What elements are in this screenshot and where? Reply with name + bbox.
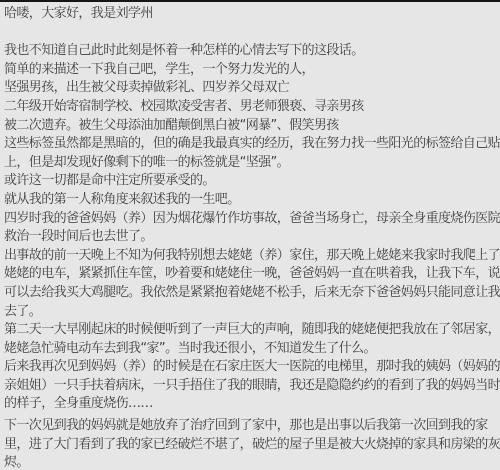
text-line: 坚强男孩，出生被父母卖掉做彩礼、四岁养父母双亡 [4,79,498,98]
text-page: 哈喽，大家好，我是刘学州 我也不知道自己此时此刻是怀着一种怎样的心情去写下的这段… [0,0,500,470]
text-line: 下一次见到我的妈妈就是她放弃了治疗回到了家中，那也是出事以后我第一次回到我的家 [4,417,498,436]
greeting-line: 哈喽，大家好，我是刘学州 [4,5,498,24]
text-line: 这些标签虽然都是黑暗的，但的确是我最真实的经历，我在努力找一些阳光的标签给自己贴 [4,135,498,154]
text-line: 姥姥急忙骑电动车去到我“家”。当时我还很小，不知道发生了什么。 [4,340,498,359]
text-line: 简单的来描述一下我自己吧，学生，一个努力发光的人， [4,61,498,80]
text-line: 亲姐姐）一只手扶着病床，一只手捂住了我的眼睛，我还是隐隐约约的看到了我的妈妈当时 [4,377,498,396]
text-line: 烬。 [4,454,498,470]
text-line: 去了。 [4,303,498,322]
text-line: 四岁时我的爸爸妈妈（养）因为烟花爆竹作坊事故，爸爸当场身亡，母亲全身重度烧伤医院 [4,210,498,229]
text-line: 被二次遗弃。被生父母添油加醋颠倒黑白被“网暴”、假笑男孩 [4,117,498,136]
text-line: 可以去给我买大鸡腿吃。我依然是紧紧抱着姥姥不松手，后来无奈下爸爸妈妈只能同意让我 [4,284,498,303]
text-line: 后来我再次见到妈妈（养）的时候是在石家庄医大一医院的电梯里，那时我的姨妈（妈妈的 [4,358,498,377]
text-line: 上，但是却发现好像剩下的唯一的标签就是“坚强”。 [4,154,498,173]
text-line: 里，进了大门看到了我的家已经破烂不堪了，破烂的屋子里是被大火烧掉的家具和房梁的灰 [4,436,498,455]
text-line: 出事故的前一天晚上不知为何我特别想去姥姥（养）家住，那天晚上姥姥来我家时我爬上了 [4,247,498,266]
text-line: 二年级开始寄宿制学校、校园欺凌受害者、男老师猥亵、寻亲男孩 [4,98,498,117]
text-line: 的样子，全身重度烧伤…… [4,395,498,414]
text-line: 第二天一大早刚起床的时候便听到了一声巨大的声响，随即我的姥姥便把我放在了邻居家， [4,321,498,340]
text-line: 我也不知道自己此时此刻是怀着一种怎样的心情去写下的这段话。 [4,42,498,61]
text-line: 救治一段时间后也去世了。 [4,228,498,247]
text-line: 姥姥的电车，紧紧抓住车筐，吵着要和姥姥住一晚，爸爸妈妈一直在哄着我，让我下车，说 [4,265,498,284]
letter-body: 哈喽，大家好，我是刘学州 我也不知道自己此时此刻是怀着一种怎样的心情去写下的这段… [0,2,500,470]
text-line: 就从我的第一人称角度来叙述我的一生吧。 [4,191,498,210]
text-line: 或许这一切都是命中注定所要承受的。 [4,172,498,191]
